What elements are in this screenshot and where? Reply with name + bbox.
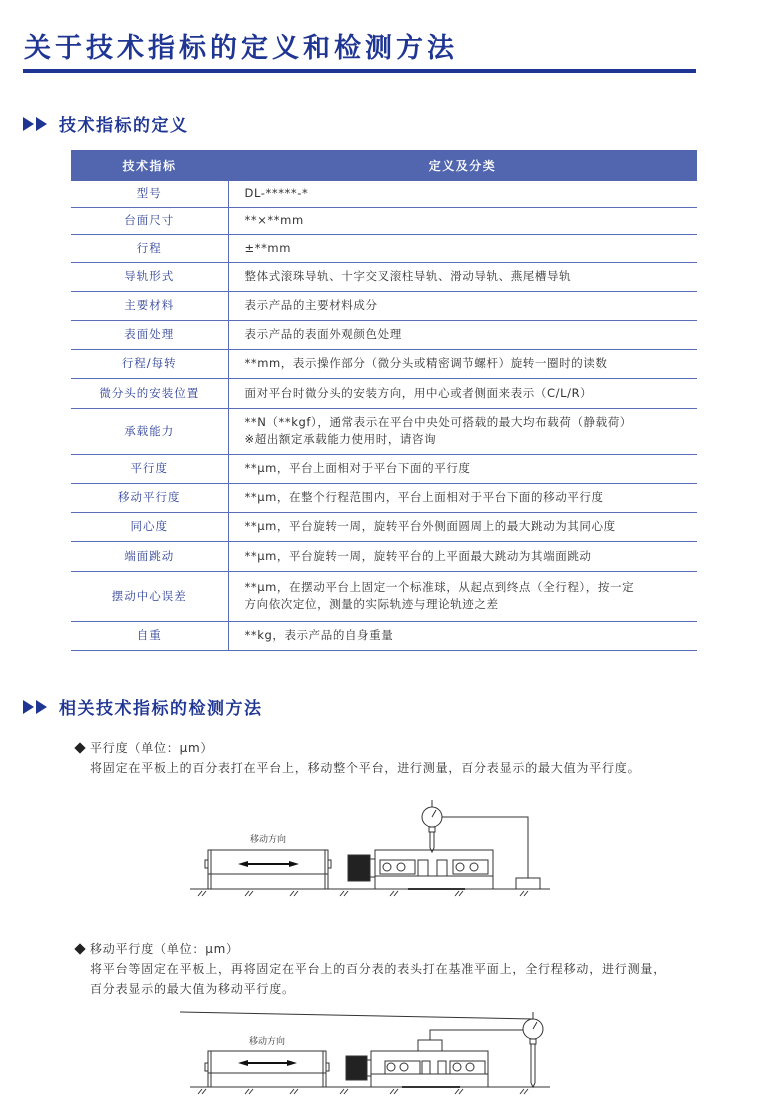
page-title: 关于技术指标的定义和检测方法 xyxy=(24,31,458,67)
spec-key: 型号 xyxy=(71,181,228,207)
spec-key: 移动平行度 xyxy=(71,483,228,512)
spec-value-note: ※超出额定承载能力使用时，请咨询 xyxy=(245,431,698,448)
double-arrow-icon xyxy=(23,700,49,714)
method-title: 移动平行度（单位：μm） xyxy=(90,939,239,959)
spec-key: 微分头的安装位置 xyxy=(71,378,228,408)
table-header-row: 技术指标 定义及分类 xyxy=(71,150,697,181)
method-description-line: 将平台等固定在平板上，再将固定在平台上的百分表的表头打在基准平面上，全行程移动，… xyxy=(74,959,666,979)
spec-value-line: **N（**kgf），通常表示在平台中央处可搭载的最大均布载荷（静载荷） xyxy=(245,414,698,431)
moving-parallelism-test-diagram: 移动方向 xyxy=(180,1008,560,1112)
table-row: 端面跳动**μm，平台旋转一周，旋转平台的上平面最大跳动为其端面跳动 xyxy=(71,541,697,571)
title-underline xyxy=(23,69,696,73)
method-description: 将固定在平板上的百分表打在平台上，移动整个平台，进行测量，百分表显示的最大值为平… xyxy=(74,758,640,778)
spec-value-line: 方向依次定位，测量的实际轨迹与理论轨迹之差 xyxy=(245,596,698,613)
double-arrow-icon xyxy=(23,117,49,131)
table-row: 表面处理表示产品的表面外观颜色处理 xyxy=(71,320,697,349)
table-row: 行程/每转**mm，表示操作部分（微分头或精密调节螺杆）旋转一圈时的读数 xyxy=(71,349,697,378)
ground-hatch-icon xyxy=(198,891,528,896)
spec-key: 导轨形式 xyxy=(71,262,228,291)
section-heading-text: 技术指标的定义 xyxy=(59,111,189,136)
spec-value: **μm，平台旋转一周，旋转平台的上平面最大跳动为其端面跳动 xyxy=(228,541,697,571)
spec-value: ±**mm xyxy=(228,234,697,262)
spec-value: 表示产品的主要材料成分 xyxy=(228,291,697,320)
spec-definition-table: 技术指标 定义及分类 型号DL-*****-* 台面尺寸**×**mm 行程±*… xyxy=(71,150,697,651)
spec-key: 平行度 xyxy=(71,454,228,483)
spec-key: 端面跳动 xyxy=(71,541,228,571)
table-row: 移动平行度**μm，在整个行程范围内，平台上面相对于平台下面的移动平行度 xyxy=(71,483,697,512)
table-row: 同心度**μm，平台旋转一周，旋转平台外侧面圆周上的最大跳动为其同心度 xyxy=(71,512,697,541)
spec-value: 表示产品的表面外观颜色处理 xyxy=(228,320,697,349)
spec-key: 行程 xyxy=(71,234,228,262)
spec-key: 行程/每转 xyxy=(71,349,228,378)
table-row: 导轨形式整体式滚珠导轨、十字交叉滚柱导轨、滑动导轨、燕尾槽导轨 xyxy=(71,262,697,291)
diagram-label: 移动方向 xyxy=(250,833,286,845)
table-row: 台面尺寸**×**mm xyxy=(71,207,697,234)
spec-value: **mm，表示操作部分（微分头或精密调节螺杆）旋转一圈时的读数 xyxy=(228,349,697,378)
spec-value-line: **μm，在摆动平台上固定一个标准球，从起点到终点（全行程），按一定 xyxy=(245,579,698,596)
spec-key: 同心度 xyxy=(71,512,228,541)
header-definition: 定义及分类 xyxy=(228,150,697,181)
method-moving-parallelism: 移动平行度（单位：μm） 将平台等固定在平板上，再将固定在平台上的百分表的表头打… xyxy=(74,939,666,999)
section-heading-definitions: 技术指标的定义 xyxy=(23,111,189,136)
diamond-bullet-icon xyxy=(74,943,85,954)
spec-value: **kg，表示产品的自身重量 xyxy=(228,621,697,650)
method-parallelism: 平行度（单位：μm） 将固定在平板上的百分表打在平台上，移动整个平台，进行测量，… xyxy=(74,738,640,778)
table-row: 微分头的安装位置面对平台时微分头的安装方向，用中心或者侧面来表示（C/L/R） xyxy=(71,378,697,408)
spec-key: 承载能力 xyxy=(71,408,228,454)
table-row: 行程±**mm xyxy=(71,234,697,262)
spec-value: **μm，在整个行程范围内，平台上面相对于平台下面的移动平行度 xyxy=(228,483,697,512)
table-row: 主要材料表示产品的主要材料成分 xyxy=(71,291,697,320)
table-row: 平行度**μm，平台上面相对于平台下面的平行度 xyxy=(71,454,697,483)
method-description-line: 百分表显示的最大值为移动平行度。 xyxy=(74,979,666,999)
spec-key: 台面尺寸 xyxy=(71,207,228,234)
ground-hatch-icon xyxy=(198,1089,528,1094)
spec-key: 摆动中心误差 xyxy=(71,571,228,621)
section-heading-text: 相关技术指标的检测方法 xyxy=(59,694,263,719)
diagram-label: 移动方向 xyxy=(249,1035,285,1047)
spec-value: **×**mm xyxy=(228,207,697,234)
parallelism-test-diagram: 移动方向 xyxy=(180,790,560,900)
table-row: 摆动中心误差 **μm，在摆动平台上固定一个标准球，从起点到终点（全行程），按一… xyxy=(71,571,697,621)
spec-value: 面对平台时微分头的安装方向，用中心或者侧面来表示（C/L/R） xyxy=(228,378,697,408)
spec-value: **μm，在摆动平台上固定一个标准球，从起点到终点（全行程），按一定 方向依次定… xyxy=(228,571,697,621)
spec-key: 表面处理 xyxy=(71,320,228,349)
method-title: 平行度（单位：μm） xyxy=(90,738,213,758)
spec-value: DL-*****-* xyxy=(228,181,697,207)
spec-value: **N（**kgf），通常表示在平台中央处可搭载的最大均布载荷（静载荷） ※超出… xyxy=(228,408,697,454)
table-row: 承载能力 **N（**kgf），通常表示在平台中央处可搭载的最大均布载荷（静载荷… xyxy=(71,408,697,454)
diamond-bullet-icon xyxy=(74,742,85,753)
table-row: 型号DL-*****-* xyxy=(71,181,697,207)
spec-value: **μm，平台旋转一周，旋转平台外侧面圆周上的最大跳动为其同心度 xyxy=(228,512,697,541)
section-heading-methods: 相关技术指标的检测方法 xyxy=(23,694,263,719)
spec-value: **μm，平台上面相对于平台下面的平行度 xyxy=(228,454,697,483)
spec-key: 自重 xyxy=(71,621,228,650)
spec-key: 主要材料 xyxy=(71,291,228,320)
header-spec: 技术指标 xyxy=(71,150,228,181)
spec-value: 整体式滚珠导轨、十字交叉滚柱导轨、滑动导轨、燕尾槽导轨 xyxy=(228,262,697,291)
table-row: 自重**kg，表示产品的自身重量 xyxy=(71,621,697,650)
